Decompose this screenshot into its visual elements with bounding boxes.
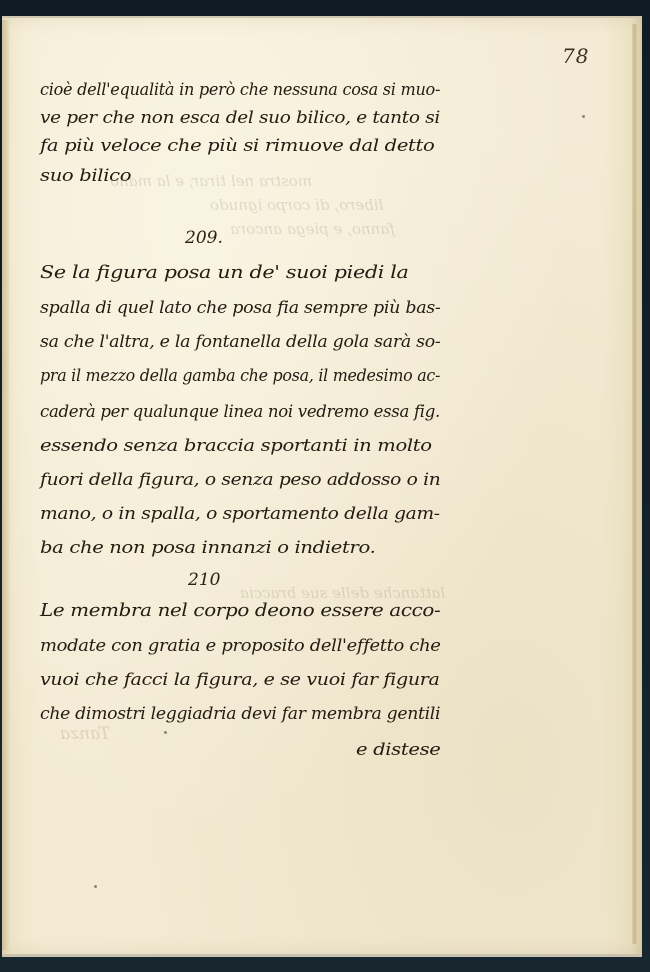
text-line: cioè dell'equalità in però che nessuna c…: [40, 80, 440, 100]
folio-number: 78: [562, 44, 589, 68]
text-line: mano, o in spalla, o sportamento della g…: [40, 504, 440, 524]
bleed-through-text: fanno, e piega ancora: [230, 220, 395, 238]
text-line: fa più veloce che più si rimuove dal det…: [40, 136, 434, 156]
page-right-edge: [632, 24, 638, 944]
paper-speck: [94, 885, 97, 888]
bleed-through-text: mostra nel tirar, e la mano: [110, 172, 312, 190]
text-line: ve per che non esca del suo bilico, e ta…: [40, 108, 440, 128]
chapter-number: 210: [188, 570, 220, 590]
text-line: vuoi che facci la figura, e se vuoi far …: [40, 670, 440, 690]
text-line: essendo senza braccia sportanti in molto: [40, 436, 432, 456]
chapter-number: 209.: [185, 228, 223, 248]
text-line: che dimostri leggiadria devi far membra …: [40, 704, 440, 724]
text-line: sa che l'altra, e la fontanella della go…: [40, 332, 440, 352]
bleed-through-text: Tanza: [60, 724, 110, 744]
text-line: e distese: [356, 740, 441, 760]
paper-speck: [582, 115, 585, 118]
text-line: fuori della figura, o senza peso addosso…: [40, 470, 440, 490]
text-line: modate con gratia e proposito dell'effet…: [40, 636, 441, 656]
text-line: pra il mezzo della gamba che posa, il me…: [40, 366, 440, 386]
bleed-through-text: libero, di corpo ignudo: [210, 196, 383, 214]
text-line: caderà per qualunque linea noi vedremo e…: [40, 402, 440, 422]
page-left-edge: [2, 20, 9, 950]
text-line: ba che non posa innanzi o indietro.: [40, 538, 375, 558]
paper-speck: [164, 731, 167, 734]
text-line: Se la figura posa un de' suoi piedi la: [40, 262, 409, 283]
text-line: Le membra nel corpo deono essere acco-: [40, 600, 440, 621]
text-line: spalla di quel lato che posa fia sempre …: [40, 298, 441, 318]
text-line: suo bilico: [40, 166, 131, 186]
